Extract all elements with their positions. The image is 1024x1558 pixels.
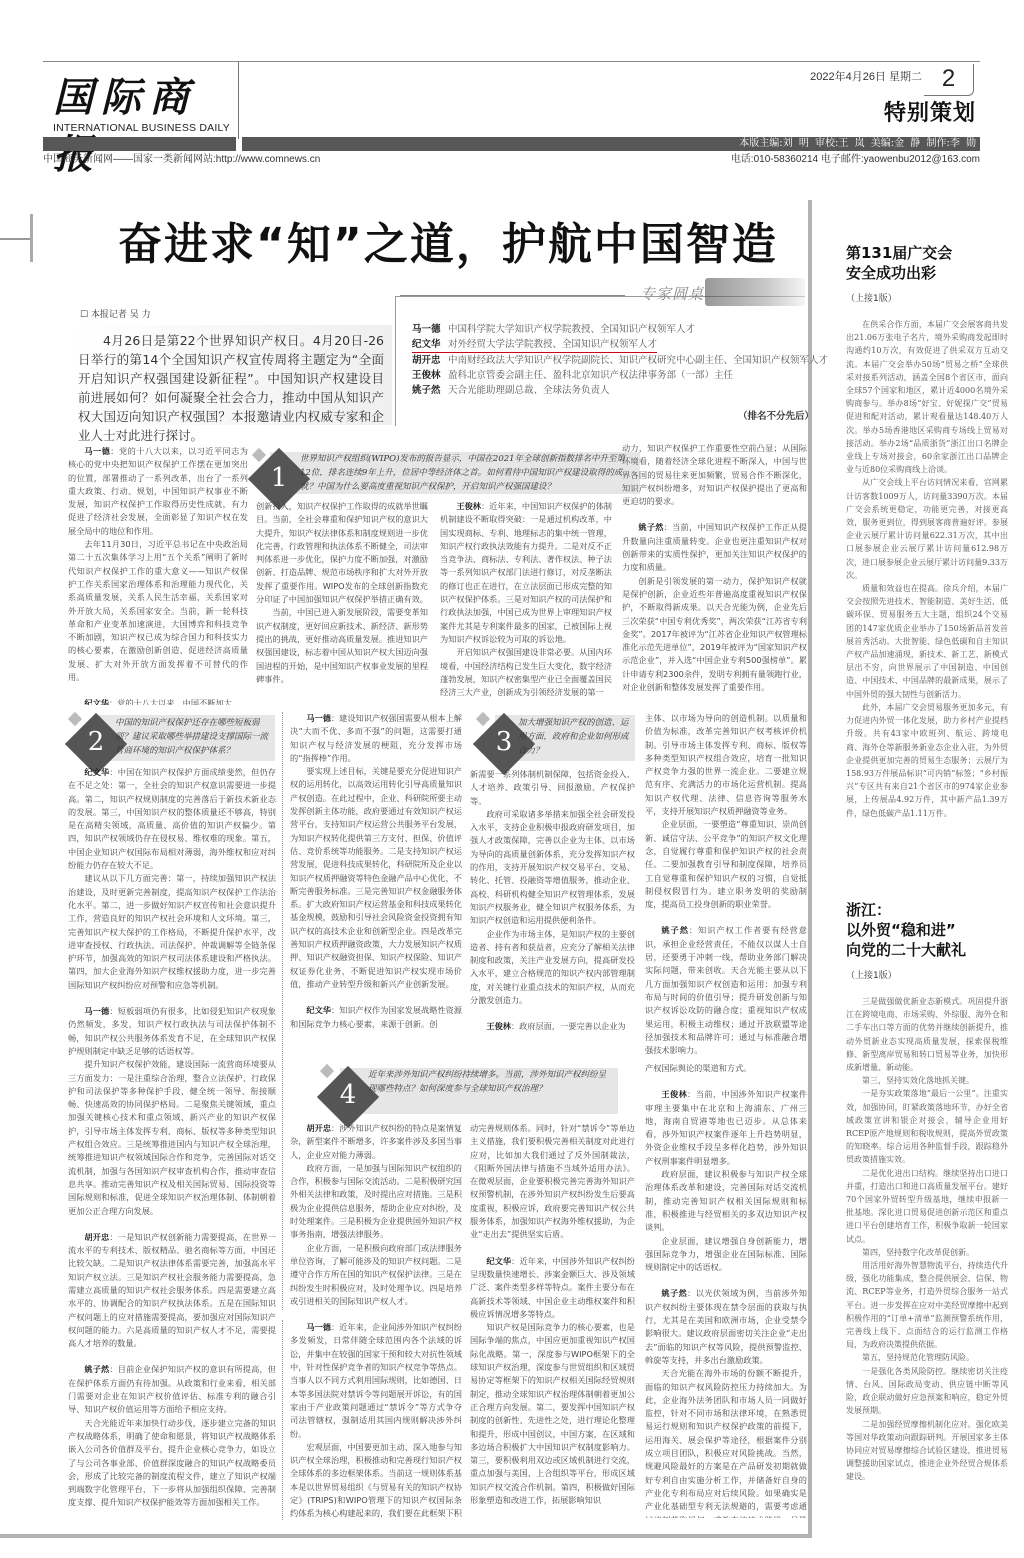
paragraph-text: 提升知识产权保护效能，建设国际一流营商环境要从三方面发力：一是注重综合治理，整合… (68, 1059, 276, 1215)
title-tick (30, 214, 33, 262)
paragraph: 新需要一系列体制机制保障，包括资金投入、人才培养、政策引导、回报激励、产权保护等… (470, 768, 635, 808)
paragraph-text: 企业层面，建议增强自身创新能力，增强国际竞争力，增强企业在国际标准、国际规则制定… (645, 1236, 807, 1273)
paragraph: 马一德：建设知识产权强国需要从根本上解决“大而不优、多而不强”的问题，这需要打通… (290, 712, 462, 765)
sidebar-body: 在供采合作方面，本届广交会展客商共发出21.06万张电子名片，境外采购商发起即时… (818, 318, 1018, 820)
sidebar-headline: 浙江： (846, 900, 1018, 920)
paragraph: 王俊林：近年来，中国知识产权保护的体制机制建设不断取得突破：一是通过机构改革，中… (440, 500, 612, 646)
paragraph-text: 党的十八大以来，以习近平同志为核心的党中央把知识产权保护工作摆在更加突出的位置，… (68, 446, 248, 536)
paragraph-text: 去年11月30日，习近平总书记在中央政治局第二十五次集体学习上用“五个关系”阐明… (68, 539, 248, 682)
question-number: 2 (74, 727, 118, 757)
article-column: 产权国际舆论的渠道和方式。 王俊林：当前，中国涉外知识产权案件审理主要集中在北京… (645, 1062, 807, 1518)
article-column: 主体、以市场为导向的创造机制。以质量和价值为标准，改革完善知识产权考核评价机制。… (645, 712, 807, 1057)
expert-title: 天合光能助理副总裁、全球法务负责人 (448, 383, 610, 398)
paragraph: 去年11月30日，习近平总书记在中央政治局第二十五次集体学习上用“五个关系”阐明… (68, 538, 248, 684)
paragraph-text: 天合光能在海外市场的份额不断提升，面临的知识产权风险防控压力持续加大。为此，企业… (645, 1368, 807, 1518)
paragraph: 马一德：党的十八大以来，以习近平同志为核心的党中央把知识产权保护工作摆在更加突出… (68, 445, 248, 538)
question-text: 加大增强知识产权的创造、运用方面，政府和企业如何形成合力？ (518, 716, 633, 758)
editor-credits: 本版主编:刘 明 审校:王 岚 美编:金 静 制作:李 勋 (739, 137, 976, 151)
article-column: 纪文华：中国在知识产权保护方面成绩斐然，但仍存在不足之处：第一，全社会的知识产权… (68, 766, 276, 1518)
sidebar-headline: 以外贸“稳和进” (846, 920, 1018, 940)
issue-date: 2022年4月26日 星期二 (810, 68, 922, 84)
question-number: 1 (257, 463, 301, 493)
article-column: 王俊林：近年来，中国知识产权保护的体制机制建设不断取得突破：一是通过机构改革，中… (440, 500, 612, 700)
question-text: 中国的知识产权保护还存在哪些短板弱项？建议采取哪些举措建设支撑国际一流营商环境的… (115, 716, 275, 758)
title-rule (0, 238, 30, 240)
expert-name: 胡开忠 (412, 353, 448, 368)
expert-panel-rule (400, 295, 625, 296)
paragraph-text: 企业层面，一要塑造“尊重知识、崇尚创新、诚信守法、公平竞争”的知识产权文化理念，… (645, 819, 807, 909)
speaker-name: 马一德 (306, 1322, 331, 1332)
article-column: 胡开忠：涉外知识产权纠纷的特点是案情复杂，新型案件不断增多，许多案件涉及多国当事… (290, 1122, 462, 1518)
paragraph: 当前，中国已进入新发展阶段，需要变革知识产权制度，更好回应新技术、新经济、新形势… (256, 606, 428, 686)
paragraph: 动完善规则体系。同时，针对“禁诉令”等单边主义措施，我们要积极完善相关制度对此进… (470, 1122, 635, 1242)
paragraph: 马一德：近年来，企业间涉外知识产权纠纷多发频发，日常伴随全球范围内各个法域的诉讼… (290, 1321, 462, 1441)
expert-name: 纪文华 (412, 337, 448, 353)
paragraph: 创新是引领发展的第一动力，保护知识产权就是保护创新，企业近些年普遍高度重视知识产… (622, 575, 807, 695)
speaker-name: 姚子然 (84, 1364, 109, 1374)
paragraph: 宏观层面，中国要更加主动、深入地参与知识产权全球治理，积极推动和完善现行知识产权… (290, 1441, 462, 1518)
paragraph: 企业层面，建议增强自身创新能力，增强国际竞争力，增强企业在国际标准、国际规则制定… (645, 1235, 807, 1275)
speaker-name: 王俊林 (456, 501, 481, 511)
paragraph: 此外，本届广交会贸易服务更加多元，有力促进内外贸一体化发展，助力乡村产业提档升级… (846, 701, 1008, 820)
paragraph: 第三，坚持实效化落地抓关键。 (846, 1074, 1008, 1087)
article-column: 马一德：建设知识产权强国需要从根本上解决“大而不优、多而不强”的问题，这需要打通… (290, 712, 462, 1057)
speaker-name: 王俊林 (486, 1021, 511, 1031)
paragraph: 政府可采取诸多举措来加强全社会研发投入水平，支持企业积极申报政府研发项目，加强人… (470, 808, 635, 928)
article-headline: 奋进求“知”之道，护航中国智造 (118, 208, 778, 272)
column-divider (282, 712, 283, 1310)
sidebar-story-canton-fair: 第131届广交会 安全成功出彩 （上接1版） 在供采合作方面，本届广交会展客商共… (818, 243, 1018, 820)
expert-list: 马一德中国科学院大学知识产权学院教授、全国知识产权领军人才 纪文华对外经贸大学法… (412, 322, 828, 398)
paragraph: 胡开忠：一是知识产权创新能力需要提高，在世界一流水平的专利技术、版权精品、驰名商… (68, 1231, 276, 1351)
article-lede: 4月26日是第22个世界知识产权日。4月20日-26日举行的第14个全国知识产权… (70, 325, 392, 425)
paragraph: 从广交会线上平台访问情况来看，官网累计访客数1009万人，访问量3390万次。本… (846, 476, 1008, 582)
paragraph-text: 动完善规则体系。同时，针对“禁诉令”等单边主义措施，我们要积极完善相关制度对此进… (470, 1123, 635, 1239)
paragraph: 王俊林：政府层面，一要完善以企业为 (470, 1020, 635, 1033)
sidebar-headline: 第131届广交会 (846, 243, 1018, 263)
continued-from: （上接1版） (846, 968, 1018, 981)
paragraph-text: 政府方面，一是加强与国际知识产权组织的合作，积极参与国际交流活动。二是积极研究国… (290, 1163, 462, 1239)
speaker-name: 纪文华 (306, 1005, 331, 1015)
paragraph: 纪文华：党的十八大以来，中国不断加大 (68, 697, 248, 705)
expert-row-highlighted: 纪文华对外经贸大学法学院教授、全国知识产权领军人才 (412, 337, 828, 353)
expert-title: 中南财经政法大学知识产权学院副院长、知识产权研究中心副主任、全国知识产权领军人才 (448, 353, 828, 368)
sidebar-headline: 安全成功出彩 (846, 263, 1018, 283)
paragraph-text: 政府可采取诸多举措来加强全社会研发投入水平，支持企业积极申报政府研发项目，加强人… (470, 809, 635, 925)
paragraph-text: 中国在知识产权保护方面成绩斐然，但仍存在不足之处：第一，全社会的知识产权意识需要… (68, 767, 276, 870)
paragraph: 第四，坚持数字化改革促创新。 (846, 1246, 1008, 1259)
paragraph-text: 建议从以下几方面完善：第一，持续加强知识产权法治建设，及时更新完善制度，提高知识… (68, 873, 276, 989)
speaker-name: 胡开忠 (306, 1123, 331, 1133)
column-divider (282, 1320, 283, 1520)
paragraph-text: 近年来，中国知识产权保护的体制机制建设不断取得突破：一是通过机构改革，中国实现商… (440, 501, 612, 644)
paragraph: 主体、以市场为导向的创造机制。以质量和价值为标准，改革完善知识产权考核评价机制。… (645, 712, 807, 818)
roundtable-meeting-icon (705, 278, 805, 306)
sidebar-body: 三是做强做优新业态新模式。巩固提升浙江在跨境电商、市场采购、外综服、海外仓和二手… (818, 995, 1018, 1484)
sidebar-headline: 向党的二十大献礼 (846, 940, 1018, 960)
paragraph: 一是强化各类风险防控。继续密切关注疫情、台风、国际政局变动、供应链中断等风险，政… (846, 1365, 1008, 1418)
expert-row: 胡开忠中南财经政法大学知识产权学院副院长、知识产权研究中心副主任、全国知识产权领… (412, 353, 828, 368)
paragraph: 胡开忠：涉外知识产权纠纷的特点是案情复杂，新型案件不断增多，许多案件涉及多国当事… (290, 1122, 462, 1162)
paragraph: 姚子然：以光伏领域为例，当前涉外知识产权纠纷主要体现在禁令层面的获取与执行，尤其… (645, 1287, 807, 1367)
question-text: 世界知识产权组织(WIPO)发布的报告显示，中国在2021年全球创新指数排名中升… (300, 452, 635, 494)
question-number: 4 (326, 1080, 370, 1110)
paragraph: 姚子然：目前企业保护知识产权的意识有所提高，但在保护体系方面仍有待加强。从政策和… (68, 1363, 276, 1416)
paragraph: 一是夯实政策落地“最后一公里”。注重实效，加强协同，盯紧政策落地环节，办好全省域… (846, 1087, 1008, 1166)
paragraph: 企业方面，一是积极向政府部门或法律服务单位咨询，了解可能涉及的知识产权问题。二是… (290, 1242, 462, 1308)
paragraph-text: 主体、以市场为导向的创造机制。以质量和价值为标准，改革完善知识产权考核评价机制。… (645, 713, 807, 816)
paragraph-text: 政府层面，建议积极参与知识产权全球治理体系改革和建设，完善国际对话交流机制，推动… (645, 1169, 807, 1232)
paragraph-text: 新需要一系列体制机制保障，包括资金投入、人才培养、政策引导、回报激励、产权保护等… (470, 769, 635, 806)
paragraph-text: 近年来，企业间涉外知识产权纠纷多发频发，日常伴随全球范围内各个法域的诉讼，并集中… (290, 1322, 462, 1438)
speaker-name: 马一德 (84, 446, 110, 456)
paragraph: 姚子然：知识产权工作者要有经营意识，承担企业经营责任，不能仅以谋人士自居，还要勇… (645, 924, 807, 1057)
paragraph-text: 要实现上述目标，关键是要充分促进知识产权的运用转化，以高效运用转化引导高质量知识… (290, 766, 462, 989)
article-column: 动力，知识产权保护工作重要性空前凸显；从国际环境看，随着经济全球化进程不断深入，… (622, 442, 807, 702)
expert-title: 中国科学院大学知识产权学院教授、全国知识产权领军人才 (448, 322, 695, 337)
article-column: 动完善规则体系。同时，针对“禁诉令”等单边主义措施，我们要积极完善相关制度对此进… (470, 1122, 635, 1518)
expert-title: 盈科北京管委会副主任、盈科北京知识产权法律事务部（一部）主任 (448, 368, 733, 383)
paragraph: 动力，知识产权保护工作重要性空前凸显；从国际环境看，随着经济全球化进程不断深入，… (622, 442, 807, 508)
expert-name: 马一德 (412, 322, 448, 337)
paragraph: 第五，坚持规范化管理防风险。 (846, 1351, 1008, 1364)
logo-english: INTERNATIONAL BUSINESS DAILY (53, 122, 230, 134)
paragraph: 政府方面，一是加强与国际知识产权组织的合作，积极参与国际交流活动。二是积极研究国… (290, 1162, 462, 1242)
paragraph-text: 创新是引领发展的第一动力，保护知识产权就是保护创新，企业近些年普遍高度重视知识产… (622, 576, 807, 692)
paragraph: 天合光能近年来加快行动步伐，逐步建立完备的知识产权战略体系，明确了使命和愿景，将… (68, 1417, 276, 1510)
speaker-name: 纪文华 (84, 698, 109, 705)
website-line[interactable]: 中国商务新闻网——国家一类新闻网站:http://www.comnews.cn (43, 150, 320, 165)
page-number: 2 (924, 64, 974, 96)
paragraph: 二是加强经贸摩擦机制化应对。强化欧美等国对华政策动向跟踪研判。开展国家多主体协同… (846, 1418, 1008, 1484)
paragraph-text: 党的十八大以来，中国不断加大 (117, 698, 232, 705)
paragraph-text: 知识产权工作者要有经营意识，承担企业经营责任，不能仅以谋人士自居，还要勇于冲刺一… (645, 925, 807, 1055)
sidebar-story-zhejiang: 浙江： 以外贸“稳和进” 向党的二十大献礼 （上接1版） 三是做强做优新业态新模… (818, 900, 1018, 1484)
speaker-name: 马一德 (306, 713, 331, 723)
speaker-name: 纪文华 (84, 767, 109, 777)
masthead-bar-left (43, 137, 236, 151)
paragraph: 用活用好海外智慧物流平台，持续迭代升级，强化功能集成，整合提供展会、信保、物流、… (846, 1259, 1008, 1351)
paragraph-text: 政府层面，一要完善以企业为 (519, 1021, 625, 1031)
ranking-note: （排名不分先后） (738, 408, 814, 422)
expert-name: 姚子然 (412, 383, 448, 398)
expert-name: 王俊林 (412, 368, 448, 383)
paragraph-text: 动力，知识产权保护工作重要性空前凸显；从国际环境看，随着经济全球化进程不断深入，… (622, 443, 807, 506)
continued-from: （上接1版） (846, 291, 1018, 304)
paragraph-text: 当前，中国已进入新发展阶段，需要变革知识产权制度，更好回应新技术、新经济、新形势… (256, 607, 428, 683)
expert-title: 对外经贸大学法学院教授、全国知识产权领军人才 (448, 337, 657, 353)
paragraph-text: 以光伏领域为例，当前涉外知识产权纠纷主要体现在禁令层面的获取与执行，尤其是在美国… (645, 1288, 807, 1364)
paragraph: 企业层面，一要塑造“尊重知识、崇尚创新、诚信守法、公平竞争”的知识产权文化理念，… (645, 818, 807, 911)
paragraph-text: 宏观层面，中国要更加主动、深入地参与知识产权全球治理，积极推动和完善现行知识产权… (290, 1442, 462, 1518)
article-column: 新需要一系列体制机制保障，包括资金投入、人才培养、政策引导、回报激励、产权保护等… (470, 768, 635, 1058)
paragraph: 提升知识产权保护效能，建设国际一流营商环境要从三方面发力：一是注重综合治理，整合… (68, 1058, 276, 1218)
byline: ☐ 本报记者 吴 力 (80, 307, 151, 320)
paragraph: 产权国际舆论的渠道和方式。 (645, 1062, 807, 1075)
paragraph: 知识产权是国际竞争力的核心要素，也是国际争端的焦点，中国应更加重视知识产权国际化… (470, 1321, 635, 1507)
paragraph: 纪文华：中国在知识产权保护方面成绩斐然，但仍存在不足之处：第一，全社会的知识产权… (68, 766, 276, 872)
paragraph: 质量和效益也在提高。徐兵介绍，本届广交会按照先进技术、智能制造、美好生活、低碳环… (846, 582, 1008, 701)
expert-panel-title: 专家圆桌 (640, 283, 704, 304)
speaker-name: 姚子然 (661, 1288, 687, 1298)
speaker-name: 姚子然 (638, 522, 663, 532)
paragraph-text: 企业作为市场主体，是知识产权的主要创造者、持有者和获益者，应充分了解相关法律制度… (470, 929, 635, 1005)
paragraph: 企业作为市场主体，是知识产权的主要创造者、持有者和获益者，应充分了解相关法律制度… (470, 928, 635, 1008)
paragraph: 纪文华：近年来，中国涉外知识产权纠纷呈现数量快速增长、涉案金额巨大、涉及领域广泛… (470, 1255, 635, 1321)
paragraph: 二是优化进出口结构。继续坚持出口进口并重，打造出口和进口高质量发展平台。建好70… (846, 1167, 1008, 1246)
paragraph: 马一德：短板弱项仍有很多，比如侵犯知识产权现象仍然频发，多发，知识产权行政执法与… (68, 1005, 276, 1058)
speaker-name: 王俊林 (661, 1089, 687, 1099)
paragraph: 开启知识产权强国建设非常必要。从国内环境看，中国经济结构已发生巨大变化，数字经济… (440, 646, 612, 699)
paragraph: 创新投入，知识产权保护工作取得的成就举世瞩目。当前，全社会尊重和保护知识产权的意… (256, 500, 428, 606)
speaker-name: 胡开忠 (84, 1232, 109, 1242)
paragraph-text: 创新投入，知识产权保护工作取得的成就举世瞩目。当前，全社会尊重和保护知识产权的意… (256, 501, 428, 604)
expert-row: 王俊林盈科北京管委会副主任、盈科北京知识产权法律事务部（一部）主任 (412, 368, 828, 383)
paragraph: 要实现上述目标，关键是要充分促进知识产权的运用转化，以高效运用转化引导高质量知识… (290, 765, 462, 991)
paragraph: 政府层面，建议积极参与知识产权全球治理体系改革和建设，完善国际对话交流机制，推动… (645, 1168, 807, 1234)
speaker-name: 马一德 (84, 1006, 109, 1016)
speaker-name: 纪文华 (486, 1256, 511, 1266)
question-text: 近年来涉外知识产权纠纷持续增多。当前，涉外知识产权纠纷呈现哪些特点？如何深度参与… (368, 1068, 613, 1096)
paragraph-text: 开启知识产权强国建设非常必要。从国内环境看，中国经济结构已发生巨大变化，数字经济… (440, 647, 612, 697)
paragraph-text: 当前，中国涉外知识产权案件审理主要集中在北京和上海浦东、广州三地，海南自贸港等地… (645, 1089, 807, 1165)
masthead: 国际商报 INTERNATIONAL BUSINESS DAILY 2022年4… (43, 61, 980, 153)
paragraph: 在供采合作方面，本届广交会展客商共发出21.06万张电子名片，境外采购商发起即时… (846, 318, 1008, 476)
paragraph-text: 知识产权是国际竞争力的核心要素，也是国际争端的焦点，中国应更加重视知识产权国际化… (470, 1322, 635, 1505)
article-column: 创新投入，知识产权保护工作取得的成就举世瞩目。当前，全社会尊重和保护知识产权的意… (256, 500, 428, 700)
paragraph: 三是做强做优新业态新模式。巩固提升浙江在跨境电商、市场采购、外综服、海外仓和二手… (846, 995, 1008, 1074)
paragraph: 建议从以下几方面完善：第一，持续加强知识产权法治建设，及时更新完善制度，提高知识… (68, 872, 276, 992)
paragraph-text: 一是知识产权创新能力需要提高，在世界一流水平的专利技术、版权精品、驰名商标等方面… (68, 1232, 276, 1348)
paragraph: 王俊林：当前，中国涉外知识产权案件审理主要集中在北京和上海浦东、广州三地，海南自… (645, 1088, 807, 1168)
paragraph-text: 天合光能近年来加快行动步伐，逐步建立完备的知识产权战略体系，明确了使命和愿景，将… (68, 1418, 276, 1508)
paragraph: 姚子然：当前，中国知识产权保护工作正从提升数量向注重质量转变。企业也更注重知识产… (622, 521, 807, 574)
section-title: 特别策划 (884, 96, 976, 127)
newspaper-logo[interactable]: 国际商报 INTERNATIONAL BUSINESS DAILY (43, 62, 239, 139)
speaker-name: 姚子然 (661, 925, 688, 935)
paragraph-text: 企业方面，一是积极向政府部门或法律服务单位咨询，了解可能涉及的知识产权问题。二是… (290, 1243, 462, 1306)
expert-row: 马一德中国科学院大学知识产权学院教授、全国知识产权领军人才 (412, 322, 828, 337)
paragraph-text: 产权国际舆论的渠道和方式。 (645, 1063, 751, 1073)
contact-line[interactable]: 电话:010-58360214 电子邮件:yaowenbu2012@163.co… (731, 150, 980, 165)
article-column: 马一德：党的十八大以来，以习近平同志为核心的党中央把知识产权保护工作摆在更加突出… (68, 445, 248, 705)
expert-row: 姚子然天合光能助理副总裁、全球法务负责人 (412, 383, 828, 398)
paragraph: 天合光能在海外市场的份额不断提升，面临的知识产权风险防控压力持续加大。为此，企业… (645, 1367, 807, 1518)
paragraph: 纪文华：知识产权作为国家发展战略性资源和国际竞争力核心要素，来源于创新。创 (290, 1004, 462, 1031)
